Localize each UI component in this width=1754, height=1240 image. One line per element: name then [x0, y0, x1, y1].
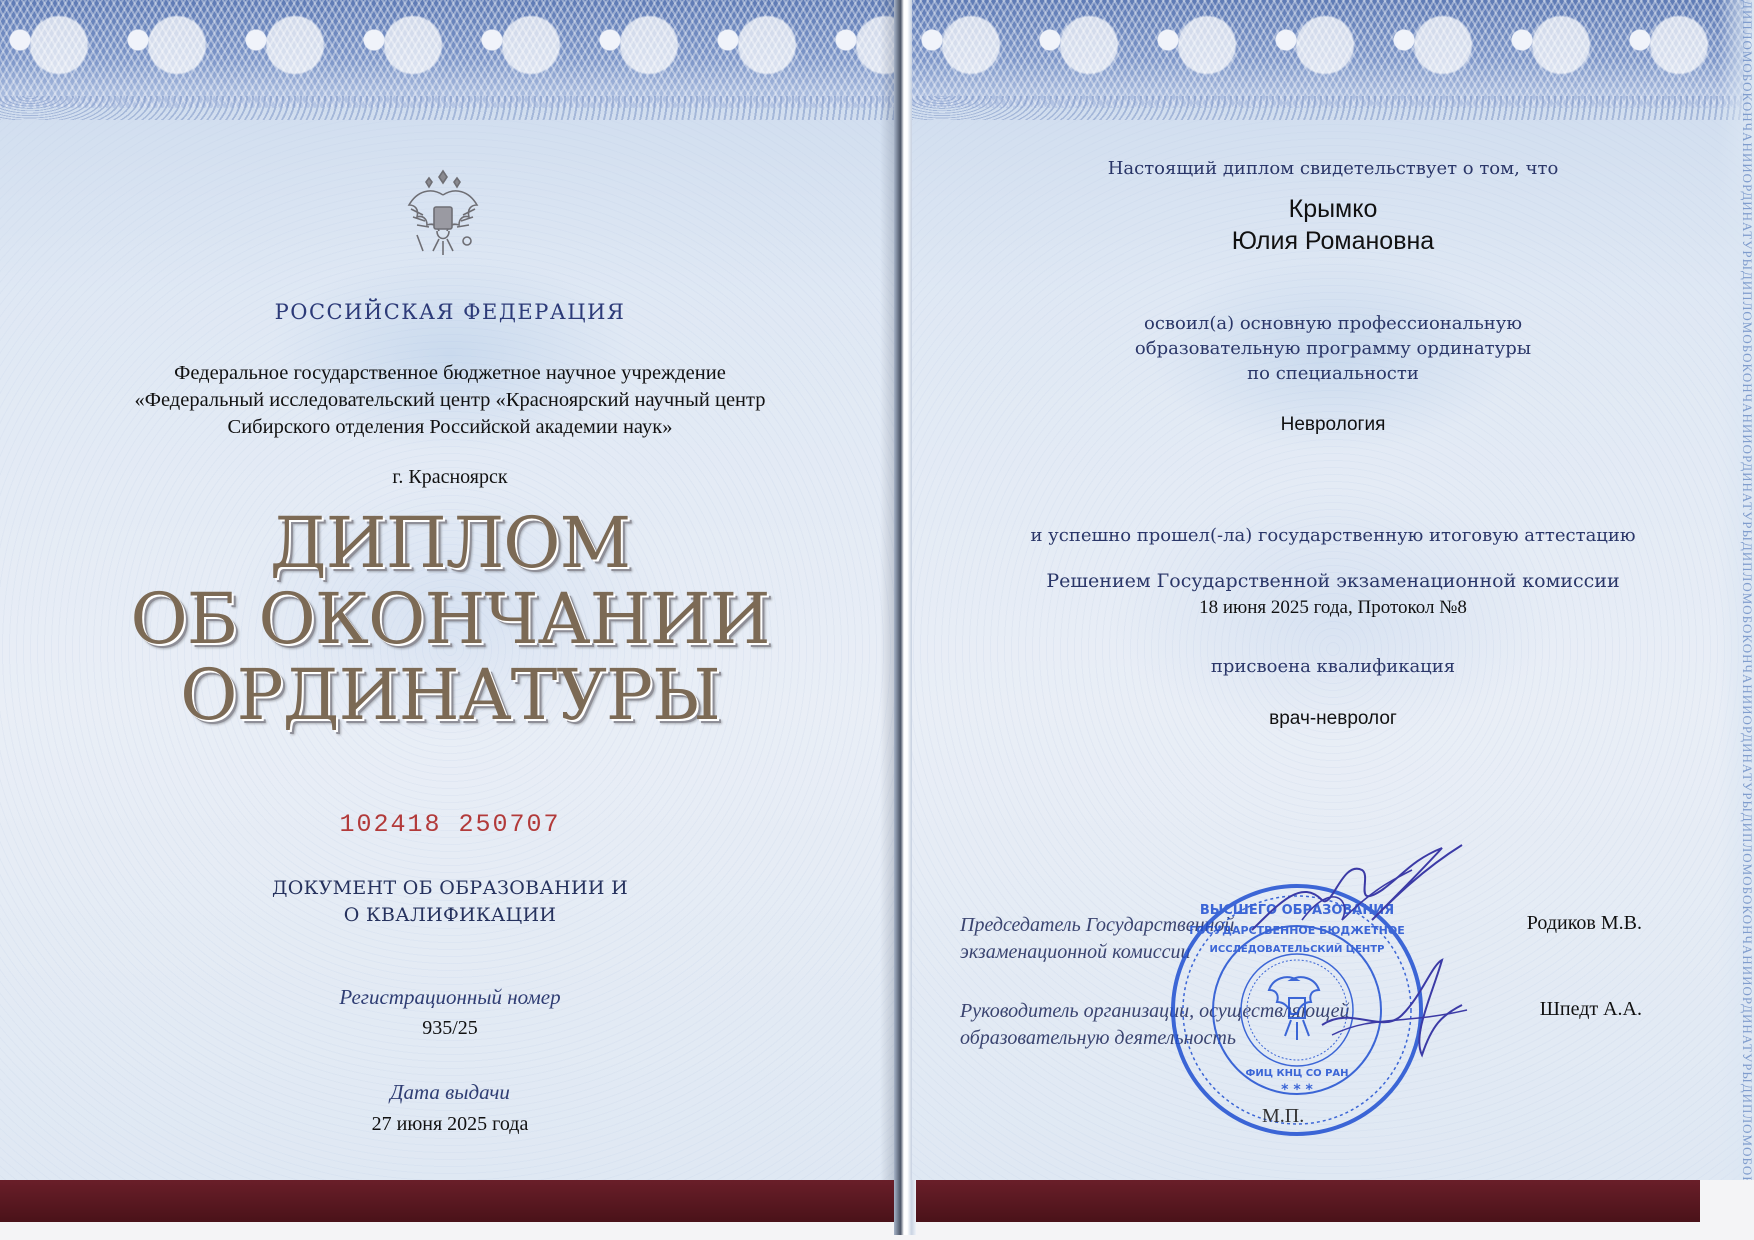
graduate-surname: Крымко: [912, 193, 1754, 225]
country-name: РОССИЙСКАЯ ФЕДЕРАЦИЯ: [0, 300, 900, 324]
certifies-text: Настоящий диплом свидетельствует о том, …: [912, 158, 1754, 179]
organization-line-2: «Федеральный исследовательский центр «Кр…: [0, 387, 900, 414]
issue-date-label: Дата выдачи: [0, 1080, 900, 1105]
diploma-cover-edge: [0, 1178, 1700, 1222]
diploma-title: ДИПЛОМ ОБ ОКОНЧАНИИ ОРДИНАТУРЫ: [0, 505, 900, 733]
serial-number: 102418 250707: [0, 810, 900, 839]
graduate-name: Крымко Юлия Романовна: [912, 193, 1754, 257]
title-line-3: ОРДИНАТУРЫ: [0, 657, 900, 733]
graduate-given-names: Юлия Романовна: [912, 225, 1754, 257]
program-line-3: по специальности: [912, 361, 1754, 386]
commission-decision: Решением Государственной экзаменационной…: [912, 570, 1754, 592]
protocol-date: 18 июня 2025 года, Протокол №8: [912, 597, 1754, 619]
seal-placeholder-label: М.П.: [1262, 1105, 1304, 1128]
director-name: Шпедт А.А.: [1540, 998, 1642, 1021]
organization-line-3: Сибирского отделения Российской академии…: [0, 414, 900, 441]
chairman-name: Родиков М.В.: [1527, 912, 1642, 935]
document-type-line-2: О КВАЛИФИКАЦИИ: [0, 902, 900, 929]
svg-text:ВЫСШЕГО ОБРАЗОВАНИЯ: ВЫСШЕГО ОБРАЗОВАНИЯ: [1200, 903, 1394, 918]
issue-date: 27 июня 2025 года: [0, 1113, 900, 1136]
guilloche-banner: [912, 0, 1754, 108]
svg-text:ФИЦ КНЦ СО РАН: ФИЦ КНЦ СО РАН: [1245, 1068, 1348, 1079]
edge-microtext: ДИПЛОМОБОКОНЧАНИИОРДИНАТУРЫДИПЛОМОБОКОНЧ…: [1718, 0, 1754, 1180]
issuing-organization: Федеральное государственное бюджетное на…: [0, 360, 900, 441]
diploma-left-page: РОССИЙСКАЯ ФЕДЕРАЦИЯ Федеральное государ…: [0, 0, 900, 1180]
svg-text:ИССЛЕДОВАТЕЛЬСКИЙ ЦЕНТР: ИССЛЕДОВАТЕЛЬСКИЙ ЦЕНТР: [1210, 942, 1385, 955]
diploma-right-page: Настоящий диплом свидетельствует о том, …: [912, 0, 1754, 1180]
qualification-label: присвоена квалификация: [912, 656, 1754, 677]
svg-text:ГОСУДАРСТВЕННОЕ БЮДЖЕТНОЕ: ГОСУДАРСТВЕННОЕ БЮДЖЕТНОЕ: [1189, 924, 1405, 937]
official-seal-icon: ВЫСШЕГО ОБРАЗОВАНИЯ ГОСУДАРСТВЕННОЕ БЮДЖ…: [1167, 880, 1427, 1140]
attestation-text: и успешно прошел(-ла) государственную ит…: [912, 525, 1754, 546]
city: г. Красноярск: [0, 466, 900, 489]
spine-shadow: [880, 0, 894, 1180]
svg-text:* * *: * * *: [1281, 1082, 1313, 1098]
guilloche-banner: [0, 0, 900, 108]
program-line-1: освоил(а) основную профессиональную: [912, 311, 1754, 336]
program-line-2: образовательную программу ординатуры: [912, 336, 1754, 361]
organization-line-1: Федеральное государственное бюджетное на…: [0, 360, 900, 387]
registration-number: 935/25: [0, 1017, 900, 1040]
document-type-line-1: ДОКУМЕНТ ОБ ОБРАЗОВАНИИ И: [0, 875, 900, 902]
registration-number-label: Регистрационный номер: [0, 985, 900, 1010]
russian-coat-of-arms-icon: [403, 165, 483, 270]
document-type: ДОКУМЕНТ ОБ ОБРАЗОВАНИИ И О КВАЛИФИКАЦИИ: [0, 875, 900, 929]
qualification: врач-невролог: [912, 708, 1754, 730]
specialty: Неврология: [912, 414, 1754, 436]
title-line-1: ДИПЛОМ: [0, 505, 900, 581]
program-text: освоил(а) основную профессиональную обра…: [912, 311, 1754, 386]
title-line-2: ОБ ОКОНЧАНИИ: [0, 581, 900, 657]
